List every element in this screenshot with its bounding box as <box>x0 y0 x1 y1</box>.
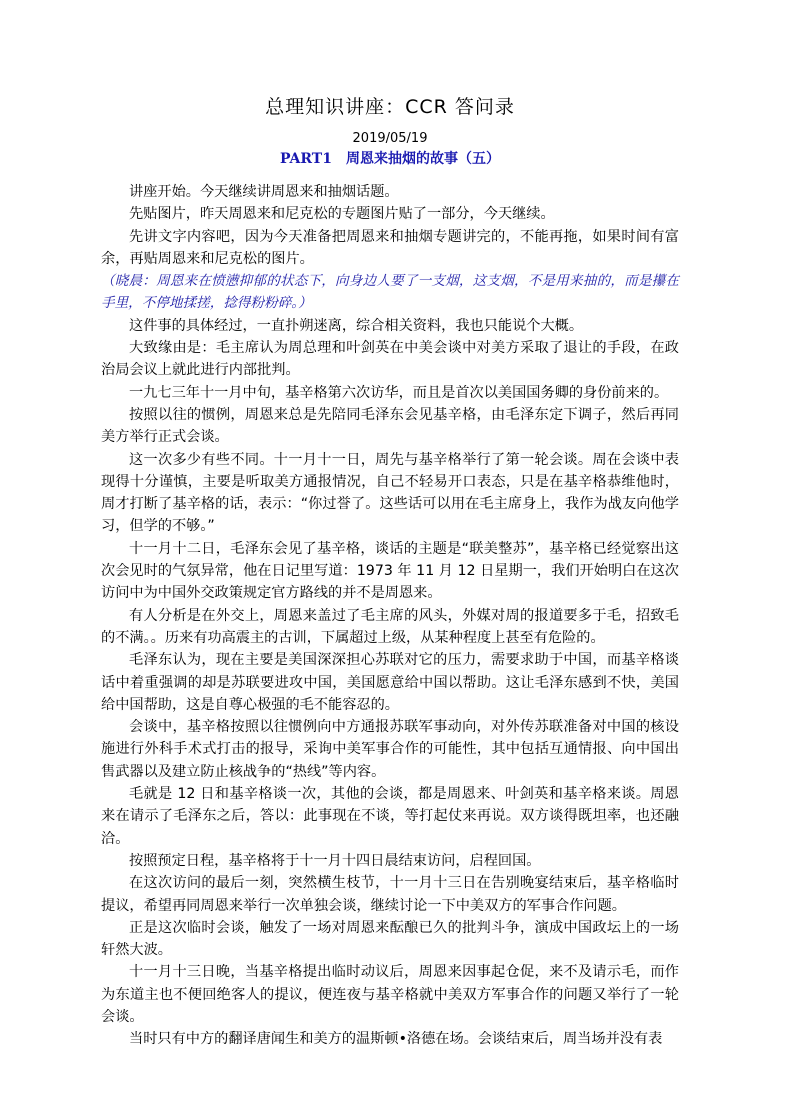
document-date: 2019/05/19 <box>101 131 679 147</box>
paragraph: 按照以往的惯例，周恩来总是先陪同毛泽东会见基辛格，由毛泽东定下调子，然后再同美方… <box>101 404 679 449</box>
document-title: 总理知识讲座：CCR 答问录 <box>101 95 679 119</box>
paragraph: 这件事的具体经过，一直扑朔迷离，综合相关资料，我也只能说个大概。 <box>101 315 679 337</box>
paragraph: 先贴图片，昨天周恩来和尼克松的专题图片贴了一部分，今天继续。 <box>101 203 679 225</box>
paragraph: 大致缘由是：毛主席认为周总理和叶剑英在中美会谈中对美方采取了退让的手段，在政治局… <box>101 337 679 382</box>
paragraph: 先讲文字内容吧，因为今天准备把周恩来和抽烟专题讲完的，不能再拖，如果时间有富余，… <box>101 226 679 271</box>
paragraph: 毛就是 12 日和基辛格谈一次，其他的会谈，都是周恩来、叶剑英和基辛格来谈。周恩… <box>101 783 679 850</box>
paragraph: 正是这次临时会谈，触发了一场对周恩来酝酿已久的批判斗争，演成中国政坛上的一场轩然… <box>101 917 679 962</box>
paragraph: 按照预定日程，基辛格将于十一月十四日晨结束访问，启程回国。 <box>101 850 679 872</box>
paragraph: 这一次多少有些不同。十一月十一日，周先与基辛格举行了第一轮会谈。周在会谈中表现得… <box>101 449 679 538</box>
paragraph: 十一月十三日晚，当基辛格提出临时动议后，周恩来因事起仓促，来不及请示毛，而作为东… <box>101 961 679 1028</box>
part-heading: PART1周恩来抽烟的故事（五） <box>101 150 679 168</box>
paragraph: 讲座开始。今天继续讲周恩来和抽烟话题。 <box>101 181 679 203</box>
paragraph: 毛泽东认为，现在主要是美国深深担心苏联对它的压力，需要求助于中国，而基辛格谈话中… <box>101 649 679 716</box>
paragraph: 在这次访问的最后一刻，突然横生枝节，十一月十三日在告别晚宴结束后，基辛格临时提议… <box>101 872 679 917</box>
document-body: 讲座开始。今天继续讲周恩来和抽烟话题。 先贴图片，昨天周恩来和尼克松的专题图片贴… <box>101 181 679 1051</box>
part-title: 周恩来抽烟的故事（五） <box>346 151 500 167</box>
paragraph: 有人分析是在外交上，周恩来盖过了毛主席的风头，外媒对周的报道要多于毛，招致毛的不… <box>101 605 679 650</box>
paragraph: 十一月十二日，毛泽东会见了基辛格，谈话的主题是“联美整苏”，基辛格已经觉察出这次… <box>101 538 679 605</box>
paragraph: 会谈中，基辛格按照以往惯例向中方通报苏联军事动向，对外传苏联准备对中国的核设施进… <box>101 716 679 783</box>
paragraph: 当时只有中方的翻译唐闻生和美方的温斯顿•洛德在场。会谈结束后，周当场并没有表 <box>101 1028 679 1050</box>
paragraph: 一九七三年十一月中旬，基辛格第六次访华，而且是首次以美国国务卿的身份前来的。 <box>101 382 679 404</box>
part-label: PART1 <box>280 151 332 167</box>
editor-note: （晓晨：周恩来在愤懑抑郁的状态下，向身边人要了一支烟，这支烟，不是用来抽的，而是… <box>101 270 679 315</box>
